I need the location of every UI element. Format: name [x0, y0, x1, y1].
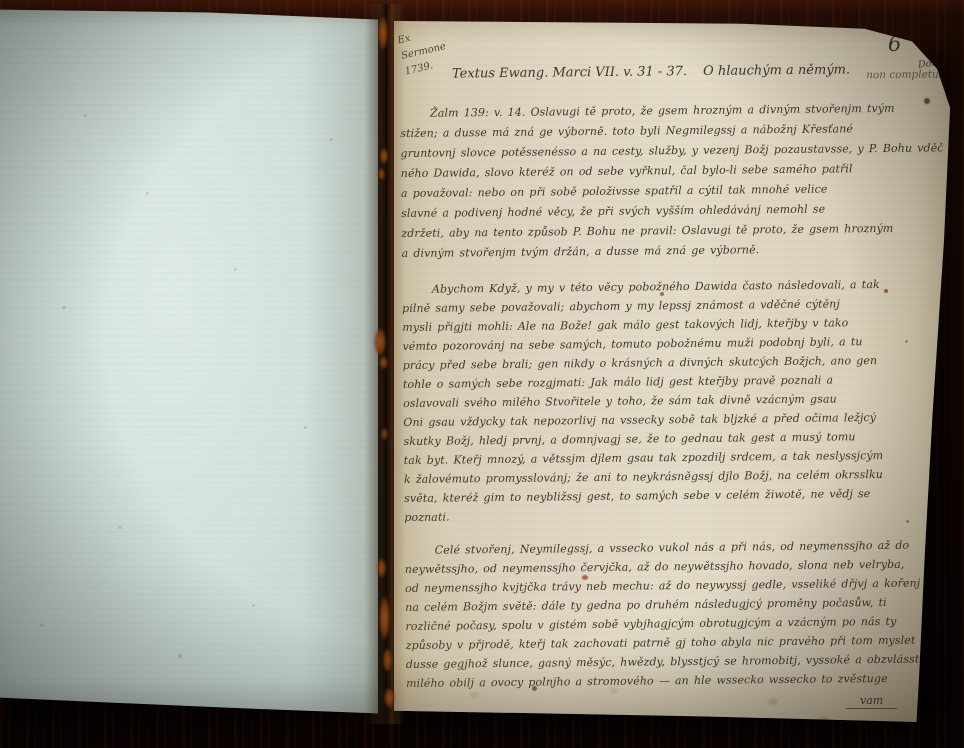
rust-stain — [379, 596, 390, 640]
manuscript-line: a považoval: nebo on při sobě položivsse… — [401, 178, 943, 204]
manuscript-line: prácy před sebe brali; gen nikdy o krásn… — [403, 350, 945, 375]
manuscript-line: způsoby v přjrodě, kteřj tak zachovati p… — [406, 630, 948, 655]
manuscript-line: slavné a podivenj hodné věcy, že při svý… — [401, 198, 943, 224]
right-manuscript-page: Ex Sermone 1739. 6 Textus Ewang. Marci V… — [394, 16, 954, 722]
manuscript-line: tak byt. Kteřj mnozý, a větssjm djlem gs… — [404, 445, 946, 470]
foxing-spot — [146, 192, 149, 195]
manuscript-line: od neymenssjho kvjtjčka trávy neb mechu:… — [405, 573, 947, 598]
manuscript-line: Celé stvořenj, Neymilegssj, a vssecko vu… — [405, 535, 947, 560]
completion-annotation: non completus — [866, 68, 944, 81]
foxing-spot — [906, 520, 909, 523]
manuscript-line: světa, kteréž gim to neybližssj gest, to… — [404, 483, 946, 508]
manuscript-line: ného Dawida, slovo kteréž on od sebe vyř… — [401, 158, 943, 184]
manuscript-line: gruntovnj slovce potěssenésso a na cesty… — [400, 138, 942, 164]
paragraph: Celé stvořenj, Neymilegssj, a vssecko vu… — [405, 535, 949, 693]
foxing-spot — [62, 306, 66, 309]
paragraph: Abychom Když, y my v této věcy pobožného… — [402, 274, 947, 527]
manuscript-line: na celém Božjm světě: dále ty gedna po d… — [405, 592, 947, 617]
manuscript-line: a divným stvořenjm tvým držán, a dusse m… — [401, 238, 943, 264]
manuscript-line: mysli přigjti mohli: Ale na Bože! gak má… — [402, 312, 944, 337]
page-number: 6 — [888, 32, 901, 56]
manuscript-line: dusse gegjhož slunce, gasný měsýc, hwězd… — [406, 649, 948, 674]
manuscript-line: oslavovali svého milého Stvořitele y toh… — [403, 388, 945, 413]
manuscript-line: neywětssjho, od neymenssjho červjčka, až… — [405, 554, 947, 579]
manuscript-line: milého obilj a ovocy polnjho a stromovéh… — [406, 668, 948, 693]
rust-stain — [383, 648, 392, 672]
right-page-clip: Ex Sermone 1739. 6 Textus Ewang. Marci V… — [394, 16, 954, 722]
rust-stain — [379, 356, 388, 369]
foxing-spot — [118, 526, 122, 529]
foxing-spot — [884, 289, 888, 293]
manuscript-line: poznati. — [404, 502, 946, 527]
rust-stain — [378, 16, 388, 50]
manuscript-line: tohle o samých sebe rozgjmati: Jak málo … — [403, 369, 945, 394]
manuscript-line: Abychom Když, y my v této věcy pobožného… — [402, 274, 944, 299]
rust-stain — [380, 148, 388, 164]
rust-stain — [378, 168, 385, 180]
foxing-spot — [234, 268, 237, 271]
foxing-spot — [84, 114, 87, 117]
foxing-spot — [304, 426, 307, 429]
manuscript-line: vémto pozorovánj na sebe samých, tomuto … — [402, 331, 944, 356]
manuscript-line: Žalm 139: v. 14. Oslavugi tě proto, že g… — [400, 98, 942, 124]
manuscript-line: rozličné počasy, spolu v gistém sobě vyb… — [405, 611, 947, 636]
margin-note-line: 1739. — [403, 55, 451, 81]
foxing-spot — [905, 340, 908, 343]
sermon-subtitle: O hlauchým a němým. — [703, 62, 850, 79]
paragraph: Žalm 139: v. 14. Oslavugi tě proto, že g… — [400, 98, 944, 264]
foxing-spot — [178, 654, 182, 658]
foxing-spot — [532, 686, 537, 691]
manuscript-line: pilně samy sebe považovali; abychom y my… — [402, 293, 944, 318]
foxing-spot — [330, 138, 333, 141]
rust-stain — [377, 558, 386, 578]
manuscript-line: k žalovémuto promysslovánj; že ani to ne… — [404, 464, 946, 489]
manuscript-line: skutky Božj, hledj prvnj, a domnjvagj se… — [403, 426, 945, 451]
foxing-spot — [40, 624, 44, 627]
foxing-spot — [660, 292, 664, 296]
manuscript-text-block: Žalm 139: v. 14. Oslavugi tě proto, že g… — [400, 98, 948, 693]
foxing-spot — [470, 692, 479, 698]
foxing-spot — [582, 575, 588, 580]
margin-note-line: Sermone — [400, 39, 448, 65]
rust-stain — [381, 428, 388, 440]
manuscript-line: Oni gsau vždycky tak nepozorlivj na vsse… — [403, 407, 945, 432]
pericope-title: Textus Ewang. Marci VII. v. 31 - 37. — [452, 64, 687, 81]
left-blank-page — [0, 6, 378, 722]
foxing-spot — [610, 688, 618, 694]
foxing-spot — [924, 98, 930, 104]
rust-stain — [374, 328, 386, 356]
rust-stain — [384, 688, 395, 708]
sermon-header: Textus Ewang. Marci VII. v. 31 - 37. O h… — [452, 61, 950, 81]
manuscript-line: zdržeti, aby na tento způsob P. Bohu ne … — [401, 218, 943, 244]
foxing-spot — [252, 604, 255, 607]
wood-table-background: Ex Sermone 1739. 6 Textus Ewang. Marci V… — [0, 0, 964, 748]
catchword: vam — [846, 694, 897, 709]
foxing-spot — [768, 698, 778, 705]
manuscript-line: stižen; a dusse má zná ge výborně. toto … — [400, 118, 942, 144]
